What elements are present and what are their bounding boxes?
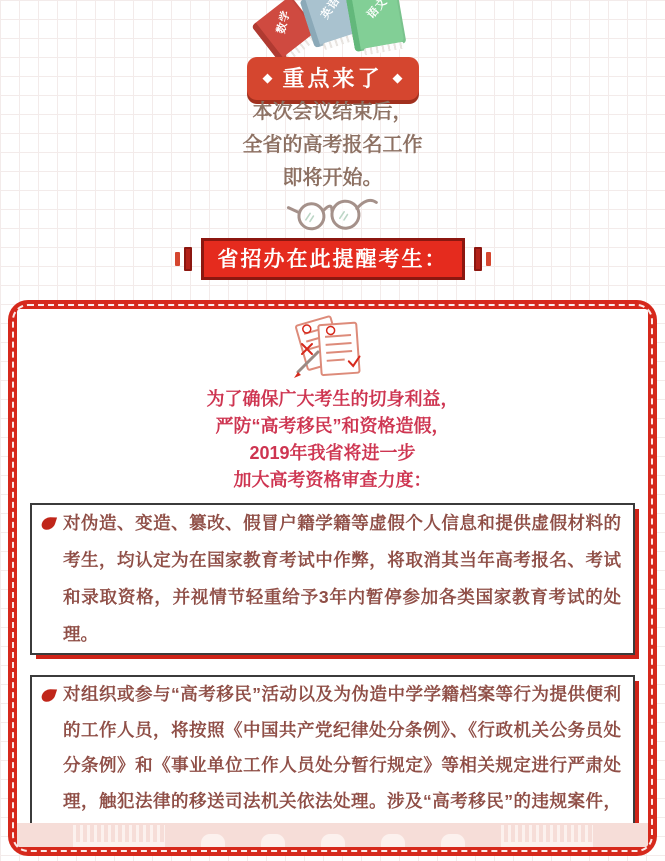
reminder-banner-row: 省招办在此提醒考生： — [0, 238, 665, 280]
pillar-icon — [381, 834, 405, 847]
pause-bars-icon — [474, 247, 491, 271]
bar-icon — [486, 252, 491, 266]
bar-icon — [184, 247, 192, 271]
books-illustration: 数学 英语 语文 — [258, 0, 408, 62]
poster-page: 数学 英语 语文 ◆ 重点来了 ◆ 本次会议结束后， 全省的高考报名工作 即将开… — [0, 0, 665, 861]
lead-line: 2019年我省将进一步 — [17, 440, 648, 467]
hall-silhouette-icon — [73, 825, 165, 847]
bar-icon — [474, 247, 482, 271]
chinese-book-icon: 语文 — [345, 0, 406, 52]
highlight-banner: ◆ 重点来了 ◆ — [246, 57, 418, 100]
math-book-label: 数学 — [272, 8, 293, 35]
rule-item-text: 对组织或参与“高考移民”活动以及为伪造中学学籍档案等行为提供便利的工作人员，将按… — [63, 677, 621, 847]
hall-silhouette-icon — [501, 825, 593, 847]
lead-line: 为了确保广大考生的切身利益， — [17, 386, 648, 413]
reminder-banner: 省招办在此提醒考生： — [201, 238, 465, 280]
pillar-icon — [201, 834, 225, 847]
glasses-icon — [283, 185, 383, 237]
rule-item-text: 对伪造、变造、篡改、假冒户籍学籍等虚假个人信息和提供虚假材料的考生，均认定为在国… — [63, 505, 621, 653]
pillar-icon — [321, 834, 345, 847]
building-pattern — [17, 823, 648, 847]
rule-item: 对组织或参与“高考移民”活动以及为伪造中学学籍档案等行为提供便利的工作人员，将按… — [30, 675, 635, 847]
rule-item: 对伪造、变造、篡改、假冒户籍学籍等虚假个人信息和提供虚假材料的考生，均认定为在国… — [30, 503, 635, 655]
book-pages — [363, 42, 404, 56]
english-book-label: 英语 — [316, 0, 343, 22]
intro-text: 本次会议结束后， 全省的高考报名工作 即将开始。 — [0, 96, 665, 195]
pillar-icon — [261, 834, 285, 847]
chinese-book-label: 语文 — [362, 0, 390, 22]
intro-line: 全省的高考报名工作 — [0, 129, 665, 162]
notice-frame: 为了确保广大考生的切身利益， 严防“高考移民”和资格造假， 2019年我省将进一… — [8, 300, 657, 856]
intro-line: 本次会议结束后， — [0, 96, 665, 129]
drop-bullet-icon — [40, 517, 57, 530]
bar-icon — [175, 252, 180, 266]
exam-papers-icon — [268, 314, 398, 384]
pillar-icon — [441, 834, 465, 847]
highlight-banner-title: 重点来了 — [282, 62, 382, 93]
pause-bars-icon — [175, 247, 192, 271]
diamond-icon: ◆ — [393, 70, 403, 86]
notice-lead: 为了确保广大考生的切身利益， 严防“高考移民”和资格造假， 2019年我省将进一… — [17, 386, 648, 494]
lead-line: 加大高考资格审查力度： — [17, 467, 648, 494]
drop-bullet-icon — [40, 689, 57, 702]
diamond-icon: ◆ — [262, 70, 272, 86]
lead-line: 严防“高考移民”和资格造假， — [17, 413, 648, 440]
notice-content: 为了确保广大考生的切身利益， 严防“高考移民”和资格造假， 2019年我省将进一… — [17, 309, 648, 847]
